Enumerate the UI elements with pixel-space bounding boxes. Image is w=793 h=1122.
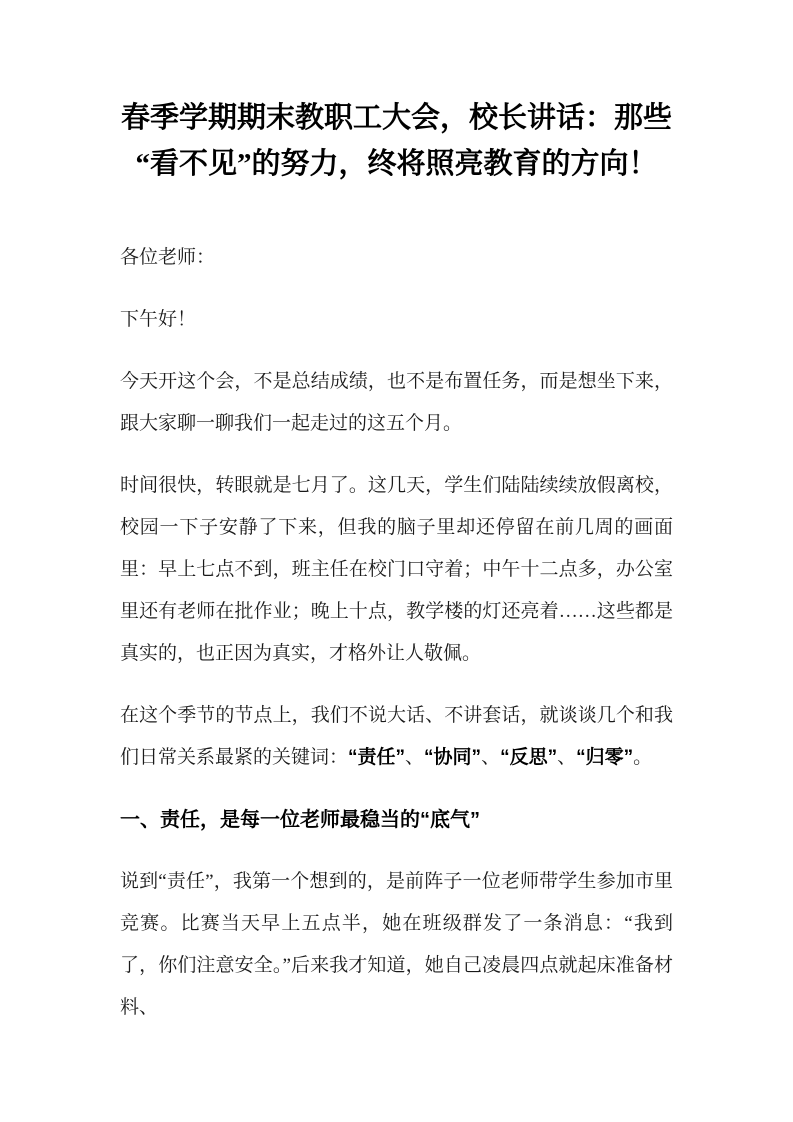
text-segment: 、 (557, 747, 576, 768)
paragraph: 时间很快，转眼就是七月了。这几天，学生们陆陆续续放假离校，校园一下子安静了下来，… (120, 465, 673, 675)
bold-text-segment: “反思” (500, 747, 557, 768)
paragraph: 说到“责任”，我第一个想到的，是前阵子一位老师带学生参加市里竞赛。比赛当天早上五… (120, 861, 673, 1029)
text-segment: 、 (405, 747, 424, 768)
document-page: 春季学期期末教职工大会，校长讲话：那些“看不见”的努力，终将照亮教育的方向！各位… (0, 0, 793, 1122)
text-segment: 各位老师： (120, 247, 215, 268)
paragraph: 各位老师： (120, 237, 673, 279)
text-segment: 下午好！ (120, 309, 196, 330)
paragraph: 在这个季节的节点上，我们不说大话、不讲套话，就谈谈几个和我们日常关系最紧的关键词… (120, 695, 673, 779)
paragraph: 今天开这个会，不是总结成绩，也不是布置任务，而是想坐下来，跟大家聊一聊我们一起走… (120, 361, 673, 445)
bold-text-segment: 春季学期期末教职工大会，校长讲话：那些“看不见”的努力，终将照亮教育的方向！ (121, 102, 672, 180)
bold-text-segment: “协同” (424, 747, 481, 768)
bold-text-segment: “归零” (576, 747, 633, 768)
paragraph: 下午好！ (120, 299, 673, 341)
document-title: 春季学期期末教职工大会，校长讲话：那些“看不见”的努力，终将照亮教育的方向！ (120, 95, 673, 187)
bold-text-segment: 一、责任，是每一位老师最稳当的“底气” (120, 809, 480, 831)
document-body: 春季学期期末教职工大会，校长讲话：那些“看不见”的努力，终将照亮教育的方向！各位… (120, 95, 673, 1029)
text-segment: 今天开这个会，不是总结成绩，也不是布置任务，而是想坐下来，跟大家聊一聊我们一起走… (120, 371, 673, 434)
text-segment: 说到“责任”，我第一个想到的，是前阵子一位老师带学生参加市里竞赛。比赛当天早上五… (120, 871, 673, 1018)
bold-text-segment: “责任” (348, 747, 405, 768)
text-segment: 时间很快，转眼就是七月了。这几天，学生们陆陆续续放假离校，校园一下子安静了下来，… (120, 475, 673, 664)
text-segment: 。 (633, 747, 652, 768)
text-segment: 、 (481, 747, 500, 768)
section-heading: 一、责任，是每一位老师最稳当的“底气” (120, 799, 673, 841)
